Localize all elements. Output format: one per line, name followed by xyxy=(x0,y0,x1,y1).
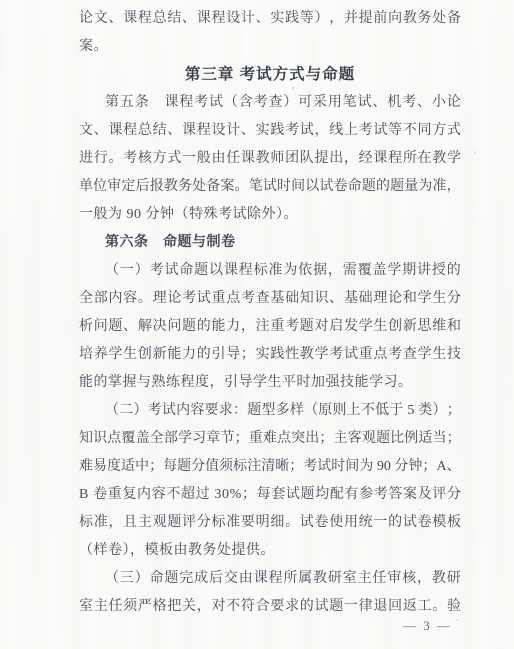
page-number: — 3 — xyxy=(403,615,452,637)
text-line: （二）考试内容要求：题型多样（原则上不低于 5 类）； xyxy=(79,397,461,425)
text-line: 论文、课程总结、课程设计、实践等），并提前向教务处备 xyxy=(79,5,461,33)
text-line: 第六条 命题与制卷 xyxy=(79,229,461,257)
scan-speck xyxy=(456,619,458,621)
text-line: 标准，且主观题评分标准要明细。试卷使用统一的试卷模板 xyxy=(79,509,461,537)
scan-speck xyxy=(419,509,421,511)
scan-speck xyxy=(292,87,294,89)
text-line: 进行。考核方式一般由任课教师团队提出，经课程所在教学 xyxy=(79,145,461,173)
text-line: 知识点覆盖全部学习章节；重难点突出；主客观题比例适当； xyxy=(79,425,461,453)
text-line: 单位审定后报教务处备案。笔试时间以试卷命题的题量为准， xyxy=(79,173,461,201)
text-line: 培养学生创新能力的引导；实践性教学考试重点考查学生技 xyxy=(79,341,461,369)
text-line: （样卷），模板由教务处提供。 xyxy=(79,537,461,565)
text-line: 全部内容。理论考试重点考查基础知识、基础理论和学生分 xyxy=(79,285,461,313)
scanned-document-page: 论文、课程总结、课程设计、实践等），并提前向教务处备案。第三章 考试方式与命题第… xyxy=(0,0,514,649)
text-line: 一般为 90 分钟（特殊考试除外）。 xyxy=(79,201,461,229)
text-line: 案。 xyxy=(79,33,461,61)
text-line: 第五条 课程考试（含考查）可采用笔试、机考、小论 xyxy=(79,89,461,117)
text-line: 文、课程总结、课程设计、实践考试，线上考试等不同方式 xyxy=(79,117,461,145)
text-line: 能的掌握与熟练程度，引导学生平时加强技能学习。 xyxy=(79,369,461,397)
text-line: 难易度适中；每题分值须标注清晰；考试时间为 90 分钟；A、 xyxy=(79,453,461,481)
text-line: （一）考试命题以课程标准为依据，需覆盖学期讲授的 xyxy=(79,257,461,285)
document-text-block: 论文、课程总结、课程设计、实践等），并提前向教务处备案。第三章 考试方式与命题第… xyxy=(79,5,461,621)
scan-speck xyxy=(474,151,476,154)
text-line: （三）命题完成后交由课程所属教研室主任审核，教研 xyxy=(79,565,461,593)
chapter-heading: 第三章 考试方式与命题 xyxy=(79,61,461,89)
text-line: 析问题、解决问题的能力，注重考题对启发学生创新思维和 xyxy=(79,313,461,341)
text-line: B 卷重复内容不超过 30%；每套试题均配有参考答案及评分 xyxy=(79,481,461,509)
